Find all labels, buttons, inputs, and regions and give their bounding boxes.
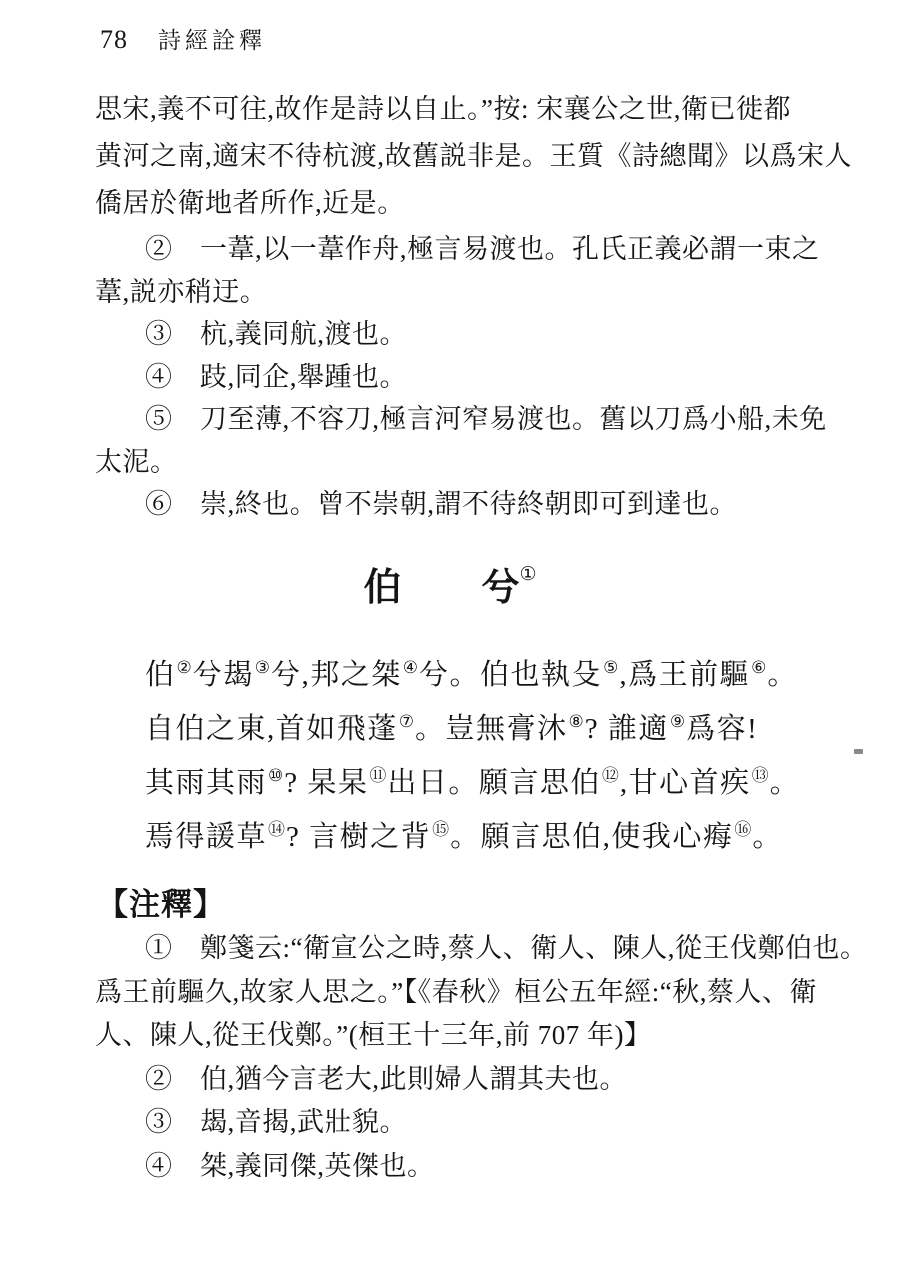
note-ref: ⑭ <box>268 820 285 839</box>
note-ref: ⑫ <box>602 766 619 785</box>
note-ref: ④ <box>403 658 418 677</box>
intro-paragraph: 思宋,義不可往,故作是詩以自止。”按: 宋襄公之世,衛已徙都黄河之南,適宋不待杭… <box>95 86 825 227</box>
poem-line: 自伯之東,首如飛蓬⑦。豈無膏沐⑧? 誰適⑨爲容! <box>145 704 845 758</box>
note-ref: ⑬ <box>752 766 769 785</box>
note-ref: ⑩ <box>268 766 283 785</box>
scan-artifact <box>854 749 863 754</box>
poem-line: 其雨其雨⑩? 杲杲⑪出日。願言思伯⑫,甘心首疾⑬。 <box>145 758 845 812</box>
text-line: ⑤ 刀至薄,不容刀,極言河窄易渡也。舊以刀爲小船,未免 <box>95 398 825 441</box>
note-ref: ① <box>519 564 536 585</box>
text-line: 黄河之南,適宋不待杭渡,故舊説非是。王質《詩總聞》以爲宋人 <box>95 133 825 180</box>
note-ref: ③ <box>255 658 270 677</box>
poem-text: 伯 <box>145 659 176 691</box>
poem-line: 伯②兮朅③兮,邦之桀④兮。伯也執殳⑤,爲王前驅⑥。 <box>145 650 845 704</box>
poem-title-first-char: 伯 <box>363 567 401 609</box>
text-line: ④ 桀,義同傑,英傑也。 <box>95 1145 825 1189</box>
text-line: 太泥。 <box>95 441 825 484</box>
poem-text: 兮,邦之桀 <box>271 659 402 691</box>
page-number: 78 <box>100 25 128 54</box>
notes-list: ① 鄭箋云:“衛宣公之時,蔡人、衛人、陳人,從王伐鄭伯也。爲王前驅久,故家人思之… <box>95 927 825 1189</box>
poem-body: 伯②兮朅③兮,邦之桀④兮。伯也執殳⑤,爲王前驅⑥。自伯之東,首如飛蓬⑦。豈無膏沐… <box>145 650 845 866</box>
poem-text: 自伯之東,首如飛蓬 <box>145 713 398 745</box>
text-line: ② 一葦,以一葦作舟,極言易渡也。孔氏正義必謂一束之 <box>95 228 825 271</box>
poem-text: ,甘心首疾 <box>620 767 751 799</box>
poem-text: 。 <box>767 659 798 691</box>
poem-text: 。 <box>770 767 801 799</box>
poem-text: 。 <box>752 821 783 853</box>
poem-text: 出日。願言思伯 <box>387 767 601 799</box>
text-line: ⑥ 崇,終也。曾不崇朝,謂不待終朝即可到達也。 <box>95 483 825 526</box>
poem-title-second-char: 兮 <box>481 567 519 609</box>
poem-text: 其雨其雨 <box>145 767 267 799</box>
text-line: ③ 杭,義同航,渡也。 <box>95 313 825 356</box>
note-ref: ⑦ <box>399 712 414 731</box>
poem-text: ? 誰適 <box>585 713 669 745</box>
text-line: 爲王前驅久,故家人思之。”【《春秋》桓公五年經:“秋,蔡人、衛 <box>95 971 825 1015</box>
text-line: ④ 跂,同企,舉踵也。 <box>95 356 825 399</box>
note-ref: ⑮ <box>432 820 449 839</box>
poem-text: 兮。伯也執殳 <box>419 659 602 691</box>
note-ref: ⑨ <box>670 712 685 731</box>
text-line: ③ 朅,音揭,武壯貌。 <box>95 1101 825 1145</box>
book-title: 詩經詮釋 <box>158 28 266 53</box>
poem-text: ? 言樹之背 <box>286 821 431 853</box>
text-line: ② 伯,猶今言老大,此則婦人謂其夫也。 <box>95 1058 825 1102</box>
upper-notes-list: ② 一葦,以一葦作舟,極言易渡也。孔氏正義必謂一束之葦,説亦稍迂。③ 杭,義同航… <box>95 228 825 526</box>
poem-line: 焉得諼草⑭? 言樹之背⑮。願言思伯,使我心痗⑯。 <box>145 812 845 866</box>
note-ref: ⑥ <box>751 658 766 677</box>
poem-title: 伯兮① <box>0 556 900 611</box>
poem-text: 焉得諼草 <box>145 821 267 853</box>
note-ref: ⑪ <box>369 766 386 785</box>
book-page: 78詩經詮釋 思宋,義不可往,故作是詩以自止。”按: 宋襄公之世,衛已徙都黄河之… <box>0 0 900 1284</box>
text-line: 人、陳人,從王伐鄭。”(桓王十三年,前 707 年)】 <box>95 1014 825 1058</box>
note-ref: ⑧ <box>569 712 584 731</box>
poem-text: 。願言思伯,使我心痗 <box>450 821 733 853</box>
poem-text: 。豈無膏沐 <box>415 713 568 745</box>
notes-heading: 【注釋】 <box>97 879 225 924</box>
page-header: 78詩經詮釋 <box>100 22 266 55</box>
poem-text: 兮朅 <box>193 659 254 691</box>
poem-text: 爲容! <box>686 713 758 745</box>
text-line: 僑居於衛地者所作,近是。 <box>95 180 825 227</box>
note-ref: ② <box>177 658 192 677</box>
poem-text: ,爲王前驅 <box>619 659 750 691</box>
note-ref: ⑯ <box>734 820 751 839</box>
text-line: 葦,説亦稍迂。 <box>95 271 825 314</box>
note-ref: ⑤ <box>603 658 618 677</box>
text-line: ① 鄭箋云:“衛宣公之時,蔡人、衛人、陳人,從王伐鄭伯也。 <box>95 927 825 971</box>
text-line: 思宋,義不可往,故作是詩以自止。”按: 宋襄公之世,衛已徙都 <box>95 86 825 133</box>
poem-text: ? 杲杲 <box>284 767 368 799</box>
